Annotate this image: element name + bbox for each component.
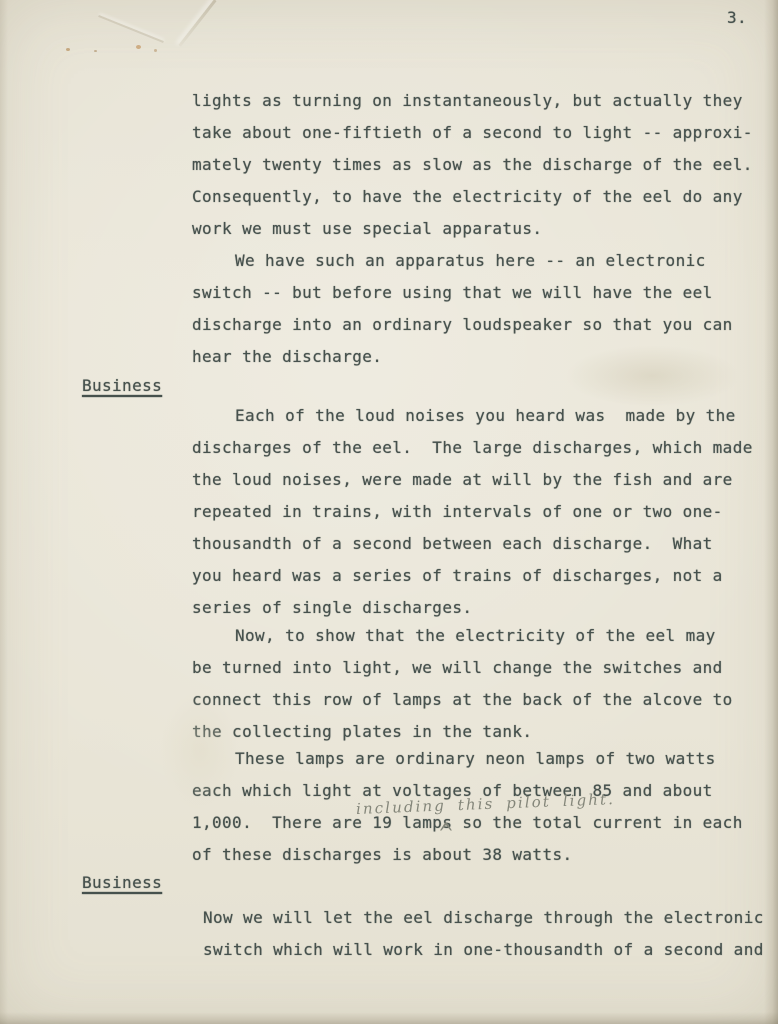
scanned-typescript-page: 3. lights as turning on instantaneously,… <box>0 0 778 1024</box>
typed-paragraph-electronic-switch: Now we will let the eel discharge throug… <box>203 902 769 966</box>
typed-paragraph-loud-noises: Each of the loud noises you heard was ma… <box>192 400 758 624</box>
section-heading-business-1: Business <box>82 370 162 402</box>
page-number: 3. <box>727 2 747 34</box>
typed-paragraph-turned-into-light: Now, to show that the electricity of the… <box>192 620 758 748</box>
insertion-caret-mark: ^ <box>438 819 454 852</box>
paper-blotch <box>565 345 740 407</box>
paper-stain-speck <box>66 48 70 51</box>
paper-stain-speck <box>154 49 157 52</box>
paper-stain-speck <box>94 50 97 52</box>
paper-crease <box>98 15 164 43</box>
paper-blotch <box>160 690 240 810</box>
paper-crease <box>178 0 216 47</box>
section-heading-business-2: Business <box>82 867 162 899</box>
page-edge-shadow <box>764 0 778 1024</box>
page-edge-shadow <box>0 0 8 1024</box>
page-edge-shadow <box>0 1012 778 1024</box>
paper-stain-speck <box>136 45 141 49</box>
typed-paragraph-lights: lights as turning on instantaneously, bu… <box>192 85 758 245</box>
